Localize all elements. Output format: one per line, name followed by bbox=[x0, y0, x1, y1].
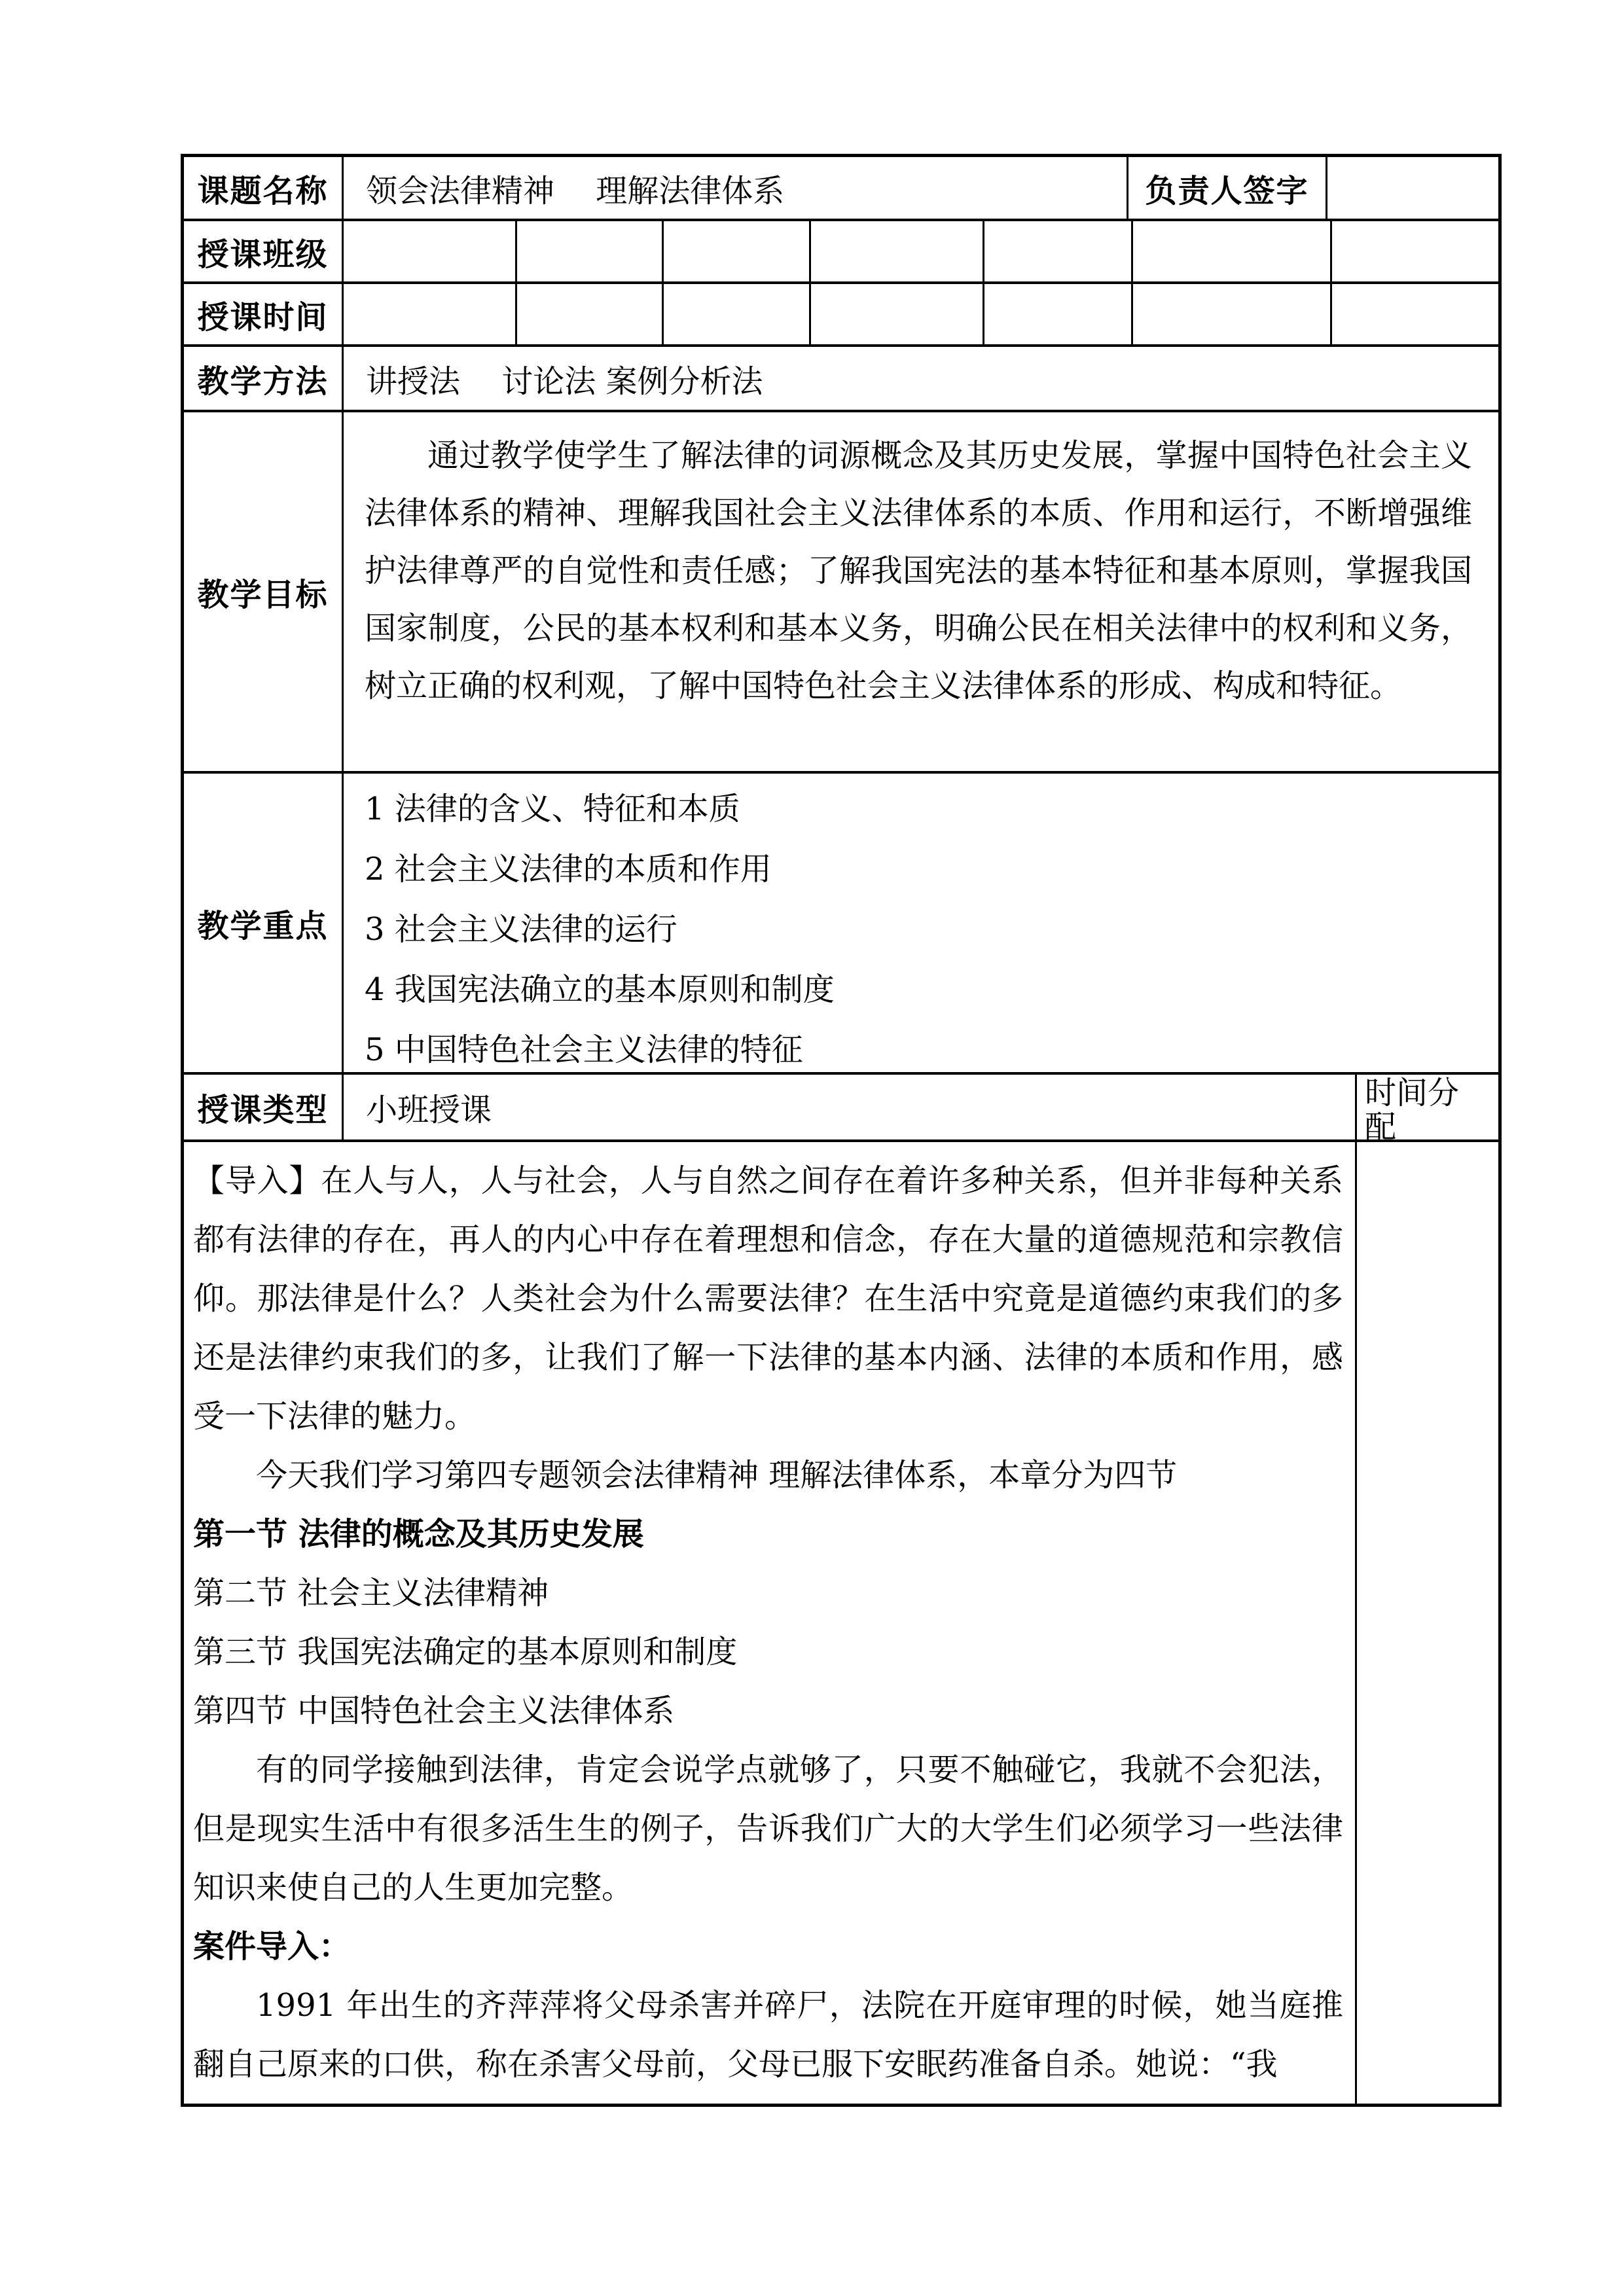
class-cell-2 bbox=[517, 221, 664, 281]
class-cell-4 bbox=[811, 221, 984, 281]
topic-value-cell: 领会法律精神 理解法律体系 bbox=[344, 157, 1128, 219]
lesson-plan-table: 课题名称 领会法律精神 理解法律体系 负责人签字 授课班级 授课时间 bbox=[181, 154, 1502, 2107]
section-3-heading: 第三节 我国宪法确定的基本原则和制度 bbox=[193, 1623, 1343, 1681]
class-cell-6 bbox=[1133, 221, 1332, 281]
type-value-cell: 小班授课 bbox=[344, 1075, 1357, 1139]
time-allocation-column bbox=[1357, 1142, 1498, 2104]
study-reason-paragraph: 有的同学接触到法律，肯定会说学点就够了，只要不触碰它，我就不会犯法，但是现实生活… bbox=[193, 1740, 1343, 1917]
case-paragraph: 1991 年出生的齐萍萍将父母杀害并碎尸，法院在开庭审理的时候，她当庭推翻自己原… bbox=[193, 1976, 1343, 2094]
method-value-cell: 讲授法 讨论法 案例分析法 bbox=[344, 347, 1498, 410]
keypoint-item-3: 3 社会主义法律的运行 bbox=[365, 899, 1479, 960]
time-allocation-header: 时间分配 bbox=[1357, 1075, 1498, 1139]
row-type: 授课类型 小班授课 时间分配 bbox=[184, 1075, 1498, 1142]
class-cell-1 bbox=[344, 221, 517, 281]
objective-label-cell: 教学目标 bbox=[184, 412, 344, 771]
time-cell-6 bbox=[1133, 284, 1332, 344]
row-method: 教学方法 讲授法 讨论法 案例分析法 bbox=[184, 347, 1498, 412]
chapter-overview-line: 今天我们学习第四专题领会法律精神 理解法律体系，本章分为四节 bbox=[193, 1446, 1343, 1505]
row-keypoints: 教学重点 1 法律的含义、特征和本质 2 社会主义法律的本质和作用 3 社会主义… bbox=[184, 774, 1498, 1075]
lesson-content-cell: 【导入】在人与人，人与社会，人与自然之间存在着许多种关系，但并非每种关系都有法律… bbox=[184, 1142, 1357, 2104]
class-cell-7 bbox=[1332, 221, 1498, 281]
keypoint-item-5: 5 中国特色社会主义法律的特征 bbox=[365, 1020, 1479, 1072]
row-content: 【导入】在人与人，人与社会，人与自然之间存在着许多种关系，但并非每种关系都有法律… bbox=[184, 1142, 1498, 2104]
document-page: 课题名称 领会法律精神 理解法律体系 负责人签字 授课班级 授课时间 bbox=[0, 0, 1624, 2296]
class-label-cell: 授课班级 bbox=[184, 221, 344, 281]
time-cell-7 bbox=[1332, 284, 1498, 344]
type-label-cell: 授课类型 bbox=[184, 1075, 344, 1139]
time-cell-5 bbox=[984, 284, 1133, 344]
time-cell-4 bbox=[811, 284, 984, 344]
class-cell-5 bbox=[984, 221, 1133, 281]
case-intro-heading: 案件导入： bbox=[193, 1917, 1343, 1976]
row-class: 授课班级 bbox=[184, 221, 1498, 284]
time-label-cell: 授课时间 bbox=[184, 284, 344, 344]
row-topic: 课题名称 领会法律精神 理解法律体系 负责人签字 bbox=[184, 157, 1498, 221]
topic-label-cell: 课题名称 bbox=[184, 157, 344, 219]
keypoint-item-2: 2 社会主义法律的本质和作用 bbox=[365, 839, 1479, 899]
section-2-heading: 第二节 社会主义法律精神 bbox=[193, 1564, 1343, 1623]
section-1-heading: 第一节 法律的概念及其历史发展 bbox=[193, 1505, 1343, 1564]
signer-label-cell: 负责人签字 bbox=[1128, 157, 1327, 219]
signer-value-cell bbox=[1327, 157, 1498, 219]
keypoints-value-cell: 1 法律的含义、特征和本质 2 社会主义法律的本质和作用 3 社会主义法律的运行… bbox=[344, 774, 1498, 1072]
row-time: 授课时间 bbox=[184, 284, 1498, 347]
class-cell-3 bbox=[664, 221, 811, 281]
time-cell-2 bbox=[517, 284, 664, 344]
keypoint-item-1: 1 法律的含义、特征和本质 bbox=[365, 779, 1479, 839]
row-objective: 教学目标 通过教学使学生了解法律的词源概念及其历史发展，掌握中国特色社会主义法律… bbox=[184, 412, 1498, 774]
objective-value-cell: 通过教学使学生了解法律的词源概念及其历史发展，掌握中国特色社会主义法律体系的精神… bbox=[344, 412, 1498, 771]
section-4-heading: 第四节 中国特色社会主义法律体系 bbox=[193, 1681, 1343, 1740]
intro-paragraph: 【导入】在人与人，人与社会，人与自然之间存在着许多种关系，但并非每种关系都有法律… bbox=[193, 1151, 1343, 1446]
time-cell-3 bbox=[664, 284, 811, 344]
time-cell-1 bbox=[344, 284, 517, 344]
keypoints-label-cell: 教学重点 bbox=[184, 774, 344, 1072]
method-label-cell: 教学方法 bbox=[184, 347, 344, 410]
keypoint-item-4: 4 我国宪法确立的基本原则和制度 bbox=[365, 960, 1479, 1020]
